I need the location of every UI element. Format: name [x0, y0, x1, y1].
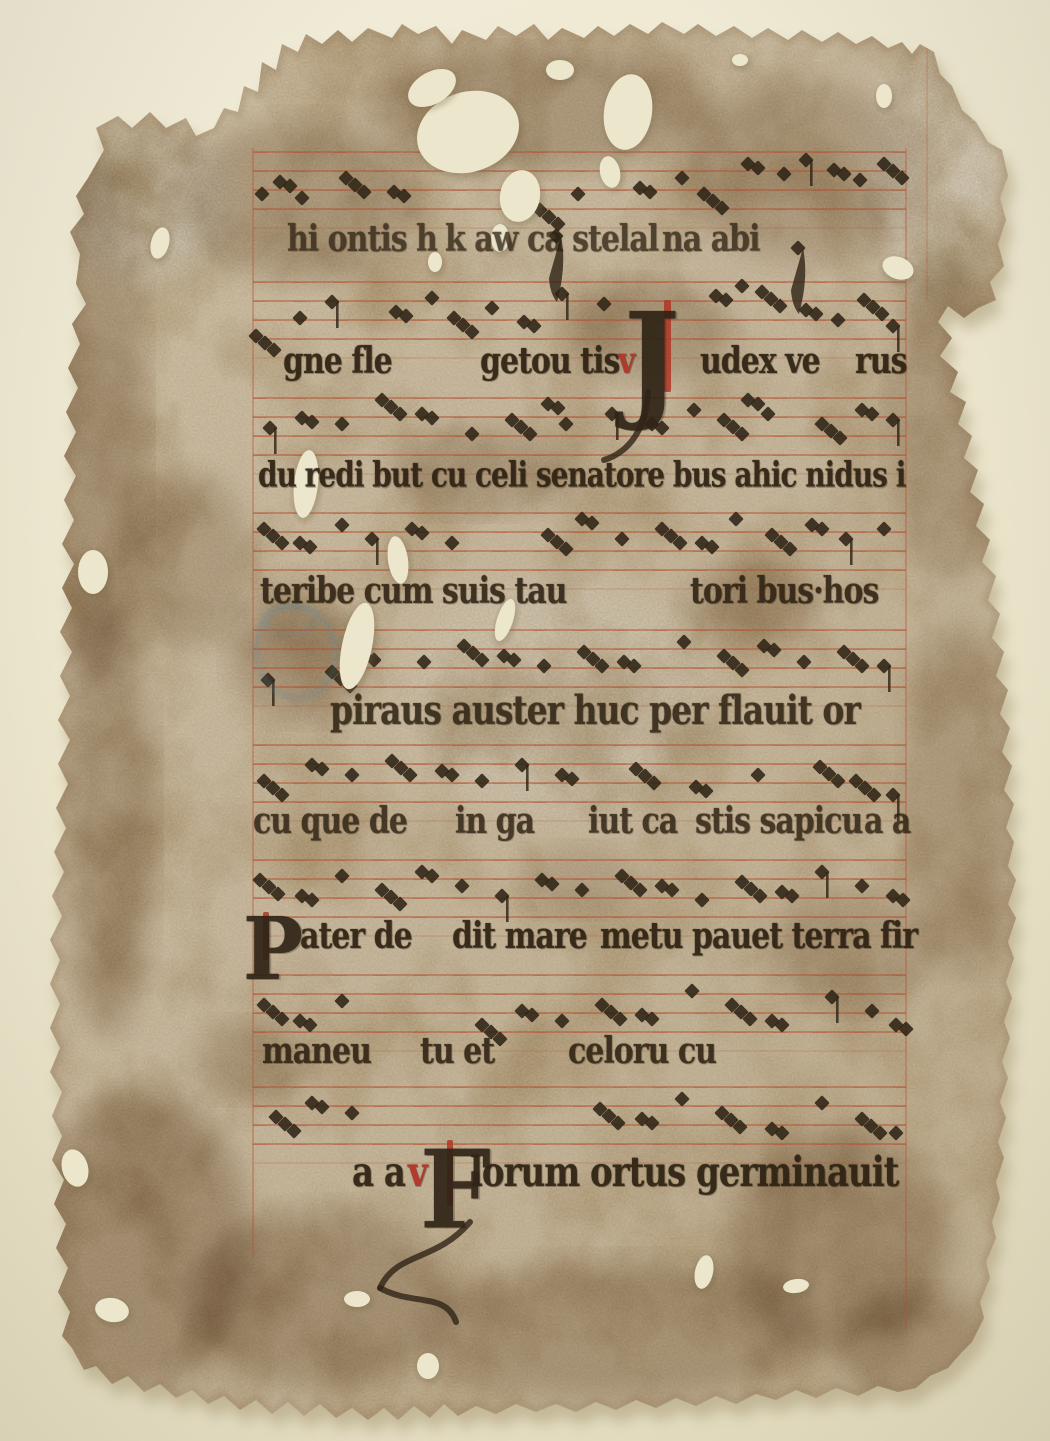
neume-stem — [566, 294, 569, 320]
neume-stem — [274, 428, 277, 454]
parchment-hole — [428, 252, 442, 272]
neume-stem — [810, 160, 813, 186]
neume-stem — [888, 666, 891, 692]
neume-stem — [376, 539, 379, 565]
parchment-hole — [491, 224, 509, 252]
neume-stem — [506, 896, 509, 922]
manuscript-photo-canvas — [0, 0, 1050, 1441]
neume-stem — [897, 420, 900, 446]
parchment-surface — [0, 0, 1050, 1441]
neume-stem — [850, 539, 853, 565]
initial-red-accent — [447, 1140, 453, 1206]
parchment-hole — [876, 84, 892, 108]
initial-red-accent — [263, 912, 269, 960]
initial-red-accent — [664, 300, 671, 392]
neume-stem — [336, 302, 339, 328]
parchment-hole — [344, 1291, 370, 1307]
neume-stem — [897, 326, 900, 352]
neume-stem — [526, 765, 529, 791]
neume-stem — [616, 414, 619, 440]
neume-stem — [897, 795, 900, 821]
neume-stem — [836, 997, 839, 1023]
photograph-of-manuscript-leaf: hi ontis hk aw ca stelalna abigne fleget… — [0, 0, 1050, 1441]
neume-stem — [826, 872, 829, 898]
parchment-hole — [732, 54, 748, 66]
parchment-hole — [78, 550, 108, 594]
parchment-hole — [417, 1353, 439, 1379]
neume-stem — [272, 680, 275, 706]
parchment-hole — [546, 60, 574, 80]
